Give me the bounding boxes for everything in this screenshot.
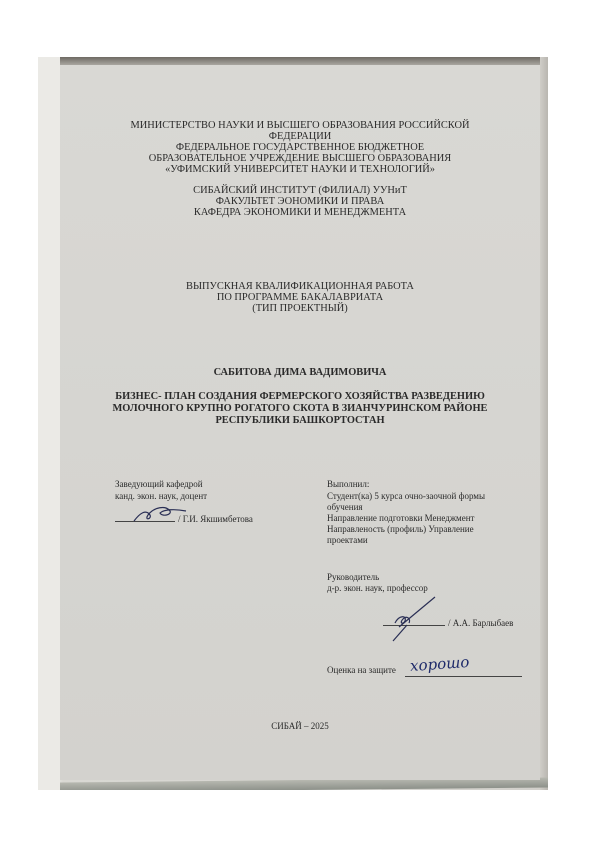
institution-line-3: «УФИМСКИЙ УНИВЕРСИТЕТ НАУКИ И ТЕХНОЛОГИЙ…	[60, 164, 540, 176]
ministry-line-2: ФЕДЕРАЦИИ	[60, 131, 540, 143]
student-line-4: Направленость (профиль) Управление	[327, 524, 474, 535]
document-photo: МИНИСТЕРСТВО НАУКИ И ВЫСШЕГО ОБРАЗОВАНИЯ…	[38, 57, 548, 790]
head-degree: канд. экон. наук, доцент	[115, 491, 207, 502]
institute-name: СИБАЙСКИЙ ИНСТИТУТ (ФИЛИАЛ) УУНиТ	[60, 185, 540, 197]
student-line-5: проектами	[327, 535, 368, 546]
grade-value: хорошо	[409, 653, 469, 675]
institution-line-2: ОБРАЗОВАТЕЛЬНОЕ УЧРЕЖДЕНИЕ ВЫСШЕГО ОБРАЗ…	[60, 153, 540, 165]
work-type-line-1: ВЫПУСКНАЯ КВАЛИФИКАЦИОННАЯ РАБОТА	[60, 281, 540, 293]
grade-label: Оценка на защите	[327, 665, 396, 676]
department-name: КАФЕДРА ЭКОНОМИКИ И МЕНЕДЖМЕНТА	[60, 207, 540, 219]
supervisor-name: / А.А. Барлыбаев	[448, 618, 513, 629]
head-name: / Г.И. Якшимбетова	[178, 514, 253, 525]
work-type-line-2: ПО ПРОГРАММЕ БАКАЛАВРИАТА	[60, 292, 540, 304]
thesis-title-line-1: БИЗНЕС- ПЛАН СОЗДАНИЯ ФЕРМЕРСКОГО ХОЗЯЙС…	[60, 391, 540, 403]
student-line-1: Студент(ка) 5 курса очно-заочной формы	[327, 491, 485, 502]
supervisor-signature	[385, 593, 445, 643]
institution-line-1: ФЕДЕРАЛЬНОЕ ГОСУДАРСТВЕННОЕ БЮДЖЕТНОЕ	[60, 142, 540, 154]
folder-top-edge	[60, 57, 548, 65]
student-line-2: обучения	[327, 502, 363, 513]
student-label: Выполнил:	[327, 479, 369, 490]
folder-edge	[38, 57, 60, 790]
work-type-line-3: (ТИП ПРОЕКТНЫЙ)	[60, 303, 540, 315]
student-line-3: Направление подготовки Менеджмент	[327, 513, 474, 524]
author-name: САБИТОВА ДИМА ВАДИМОВИЧА	[60, 367, 540, 379]
folder-right-edge	[540, 57, 548, 790]
city-year: СИБАЙ – 2025	[60, 721, 540, 732]
thesis-title-line-2: МОЛОЧНОГО КРУПНО РОГАТОГО СКОТА В ЗИАНЧУ…	[60, 403, 540, 415]
title-page: МИНИСТЕРСТВО НАУКИ И ВЫСШЕГО ОБРАЗОВАНИЯ…	[60, 65, 540, 780]
grade-line	[405, 676, 522, 677]
head-role: Заведующий кафедрой	[115, 479, 203, 490]
thesis-title-line-3: РЕСПУБЛИКИ БАШКОРТОСТАН	[60, 415, 540, 427]
faculty-name: ФАКУЛЬТЕТ ЭОНОМИКИ И ПРАВА	[60, 196, 540, 208]
supervisor-role: Руководитель	[327, 572, 379, 583]
ministry-line-1: МИНИСТЕРСТВО НАУКИ И ВЫСШЕГО ОБРАЗОВАНИЯ…	[60, 120, 540, 132]
